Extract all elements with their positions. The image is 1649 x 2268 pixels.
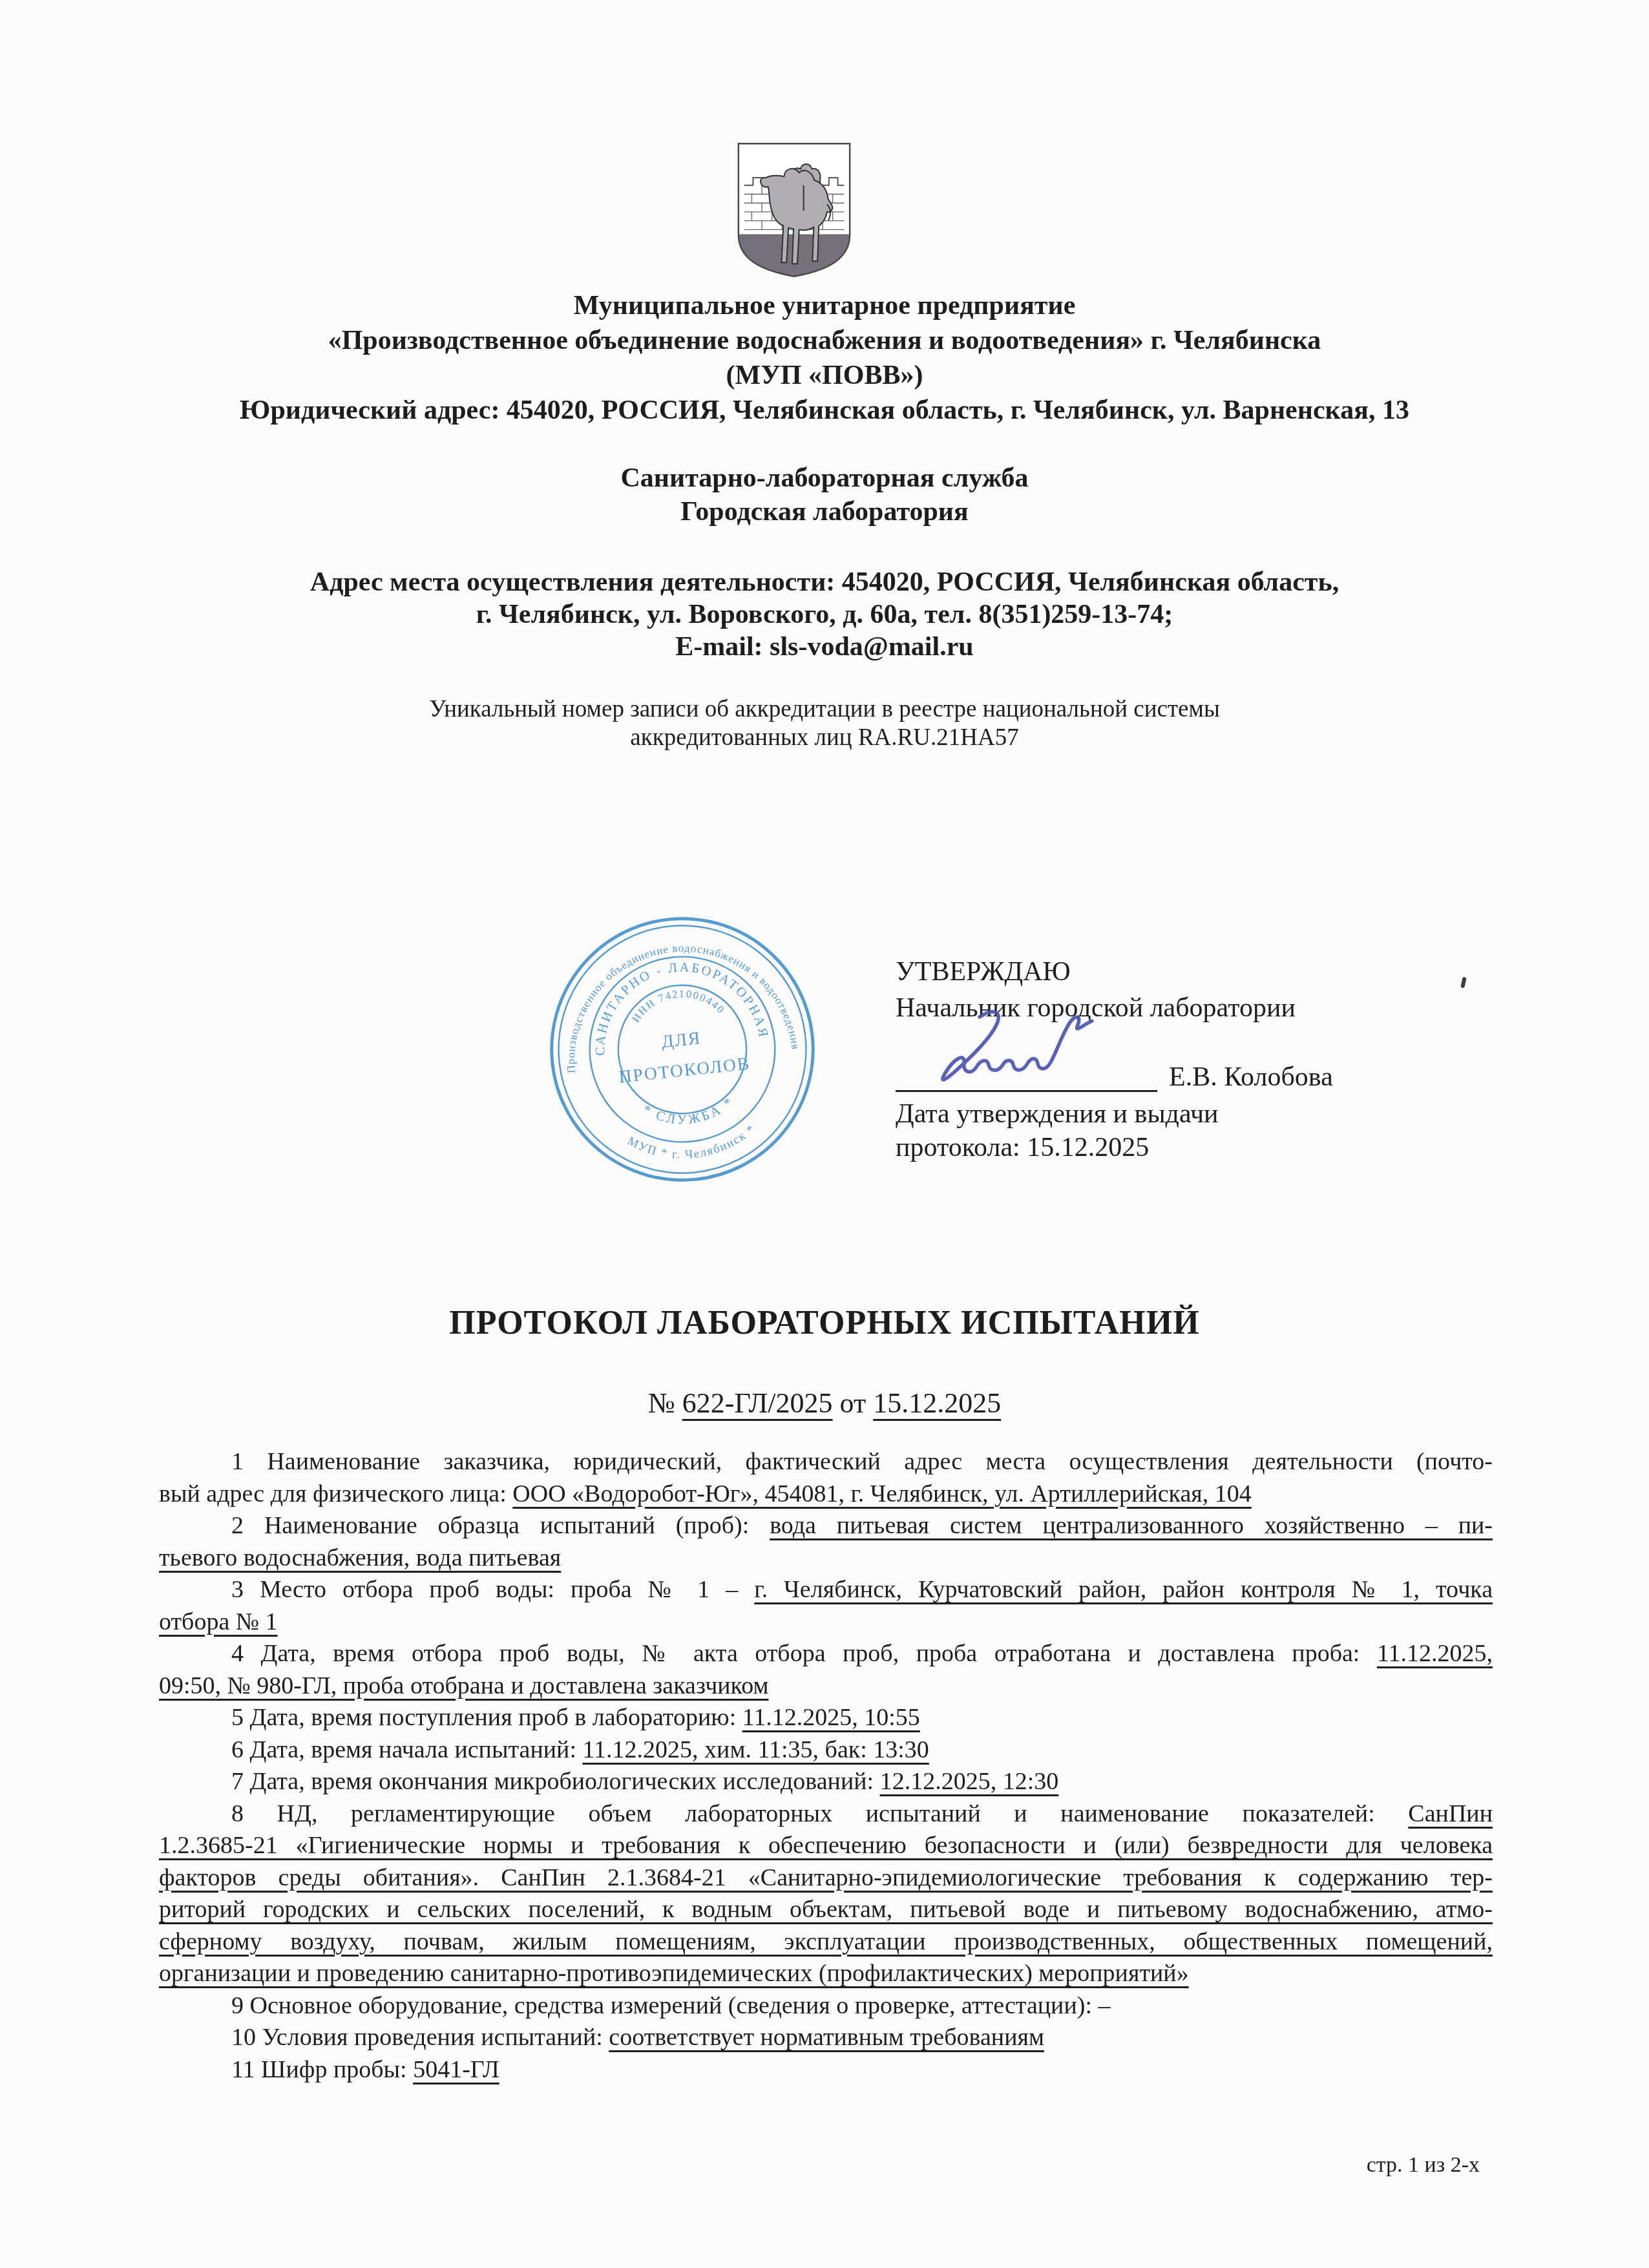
item-label-text: 4 Дата, время отбора проб воды, № акта о… bbox=[231, 1640, 1377, 1667]
protocol-item-line: факторов среды обитания». СанПин 2.1.368… bbox=[159, 1862, 1493, 1895]
item-value-underlined: 12.12.2025, 12:30 bbox=[880, 1768, 1059, 1795]
item-value-underlined: факторов среды обитания». СанПин 2.1.368… bbox=[159, 1864, 1493, 1891]
protocol-item-line: риторий городских и сельских поселений, … bbox=[159, 1894, 1493, 1926]
accreditation-line2: аккредитованных лиц RA.RU.21НА57 bbox=[0, 724, 1649, 752]
item-label-text: 2 Наименование образца испытаний (проб): bbox=[231, 1512, 770, 1539]
org-lab: Городская лаборатория bbox=[0, 495, 1649, 529]
item-label-text: 6 Дата, время начала испытаний: bbox=[231, 1736, 582, 1763]
activity-address-block: Адрес места осуществления деятельности: … bbox=[0, 566, 1649, 663]
stamp-inn-text: ИНН 7421000440 bbox=[627, 983, 728, 1026]
protocol-item-line: 09:50, № 980-ГЛ, проба отобрана и достав… bbox=[159, 1670, 1493, 1703]
protocol-item-line: 7 Дата, время окончания микробиологическ… bbox=[159, 1766, 1493, 1798]
protocol-item-line: вый адрес для физического лица: ООО «Вод… bbox=[159, 1478, 1493, 1511]
item-value-underlined: ООО «Водоробот-Юг», 454081, г. Челябинск… bbox=[512, 1480, 1252, 1507]
item-label-text: 7 Дата, время окончания микробиологическ… bbox=[231, 1768, 880, 1795]
protocol-item-line: организации и проведению санитарно-проти… bbox=[159, 1958, 1493, 1990]
protocol-number-line: № 622-ГЛ/2025 от 15.12.2025 bbox=[0, 1387, 1649, 1420]
lab-round-stamp: Производственное объединение водоснабжен… bbox=[543, 910, 822, 1189]
item-label-text: 11 Шифр пробы: bbox=[231, 2056, 413, 2083]
item-value-underlined: 1.2.3685-21 «Гигиенические нормы и требо… bbox=[159, 1832, 1493, 1859]
approval-date-label: Дата утверждения и выдачи bbox=[896, 1098, 1529, 1129]
item-value-underlined: 11.12.2025, bbox=[1377, 1640, 1493, 1667]
item-label-text: 5 Дата, время поступления проб в лаборат… bbox=[231, 1704, 742, 1731]
protocol-items: 1 Наименование заказчика, юридический, ф… bbox=[159, 1446, 1493, 2086]
approval-date-value: протокола: 15.12.2025 bbox=[896, 1132, 1529, 1163]
stamp-center-line2: ПРОТОКОЛОВ bbox=[618, 1053, 751, 1086]
activity-address-line2: г. Челябинск, ул. Воровского, д. 60а, те… bbox=[0, 598, 1649, 631]
stamp-center-line1: ДЛЯ bbox=[660, 1028, 702, 1051]
item-value-underlined: вода питьевая систем централизованного х… bbox=[770, 1512, 1493, 1539]
org-header-block: Муниципальное унитарное предприятие «Про… bbox=[0, 288, 1649, 428]
protocol-item-line: 3 Место отбора проб воды: проба № 1 – г.… bbox=[159, 1574, 1493, 1606]
org-service: Санитарно-лабораторная служба bbox=[0, 461, 1649, 495]
item-label-text: 9 Основное оборудование, средства измере… bbox=[231, 1992, 1111, 2019]
protocol-from-word: от bbox=[833, 1387, 874, 1419]
protocol-item-line: 10 Условия проведения испытаний: соответ… bbox=[159, 2022, 1493, 2054]
item-value-underlined: организации и проведению санитарно-проти… bbox=[159, 1960, 1189, 1987]
protocol-item-line: 4 Дата, время отбора проб воды, № акта о… bbox=[159, 1638, 1493, 1670]
protocol-item-line: 5 Дата, время поступления проб в лаборат… bbox=[159, 1702, 1493, 1734]
approve-word: УТВЕРЖДАЮ bbox=[896, 956, 1529, 987]
item-value-underlined: 09:50, № 980-ГЛ, проба отобрана и достав… bbox=[159, 1672, 768, 1699]
protocol-item-line: 11 Шифр пробы: 5041-ГЛ bbox=[159, 2054, 1493, 2086]
service-block: Санитарно-лабораторная служба Городская … bbox=[0, 461, 1649, 529]
protocol-item-line: 1 Наименование заказчика, юридический, ф… bbox=[159, 1446, 1493, 1478]
approver-name: Е.В. Колобова bbox=[1169, 1062, 1333, 1092]
protocol-item-line: 6 Дата, время начала испытаний: 11.12.20… bbox=[159, 1734, 1493, 1767]
protocol-item-line: 1.2.3685-21 «Гигиенические нормы и требо… bbox=[159, 1830, 1493, 1862]
protocol-item-line: тьевого водоснабжения, вода питьевая bbox=[159, 1542, 1493, 1575]
protocol-number: 622-ГЛ/2025 bbox=[682, 1387, 833, 1419]
protocol-item-line: 2 Наименование образца испытаний (проб):… bbox=[159, 1510, 1493, 1542]
item-label-text: 1 Наименование заказчика, юридический, ф… bbox=[231, 1448, 1493, 1475]
protocol-item-line: 8 НД, регламентирующие объем лабораторны… bbox=[159, 1798, 1493, 1831]
accreditation-line1: Уникальный номер записи об аккредитации … bbox=[0, 695, 1649, 724]
item-label-text: 8 НД, регламентирующие объем лабораторны… bbox=[231, 1800, 1408, 1827]
stamp-outer-bottom-text: МУП * г. Челябинск * bbox=[624, 1121, 761, 1168]
item-label-text: 10 Условия проведения испытаний: bbox=[231, 2024, 609, 2051]
org-type: Муниципальное унитарное предприятие bbox=[0, 288, 1649, 323]
protocol-date: 15.12.2025 bbox=[873, 1387, 1001, 1419]
document-page: Муниципальное унитарное предприятие «Про… bbox=[0, 0, 1649, 2268]
signature-line bbox=[896, 1063, 1157, 1092]
protocol-item-line: сферному воздуху, почвам, жилым помещени… bbox=[159, 1926, 1493, 1958]
signature-row: Е.В. Колобова bbox=[896, 1062, 1333, 1092]
chelyabinsk-coat-of-arms-icon bbox=[734, 138, 854, 282]
org-name: «Производственное объединение водоснабже… bbox=[0, 323, 1649, 358]
item-value-underlined: 11.12.2025, хим. 11:35, бак: 13:30 bbox=[582, 1736, 929, 1763]
page-footer: стр. 1 из 2-х bbox=[1367, 2153, 1480, 2178]
item-value-underlined: риторий городских и сельских поселений, … bbox=[159, 1896, 1493, 1923]
protocol-item-line: 9 Основное оборудование, средства измере… bbox=[159, 1990, 1493, 2022]
protocol-title: ПРОТОКОЛ ЛАБОРАТОРНЫХ ИСПЫТАНИЙ bbox=[0, 1304, 1649, 1342]
activity-address-line1: Адрес места осуществления деятельности: … bbox=[0, 566, 1649, 598]
item-value-underlined: сферному воздуху, почвам, жилым помещени… bbox=[159, 1928, 1493, 1955]
item-label-text: 3 Место отбора проб воды: проба № 1 – bbox=[231, 1576, 754, 1603]
item-value-underlined: отбора № 1 bbox=[159, 1608, 278, 1635]
svg-text:МУП * г. Челябинск *: МУП * г. Челябинск * bbox=[624, 1121, 761, 1168]
item-value-underlined: 11.12.2025, 10:55 bbox=[742, 1704, 920, 1731]
item-value-underlined: г. Челябинск, Курчатовский район, район … bbox=[754, 1576, 1493, 1603]
email-line: E-mail: sls-voda@mail.ru bbox=[0, 631, 1649, 663]
protocol-item-line: отбора № 1 bbox=[159, 1606, 1493, 1639]
item-value-underlined: тьевого водоснабжения, вода питьевая bbox=[159, 1544, 561, 1571]
accreditation-block: Уникальный номер записи об аккредитации … bbox=[0, 695, 1649, 752]
item-label-text: вый адрес для физического лица: bbox=[159, 1480, 512, 1507]
item-value-underlined: СанПин bbox=[1408, 1800, 1493, 1827]
protocol-number-prefix: № bbox=[648, 1387, 682, 1419]
org-abbr: (МУП «ПОВВ») bbox=[0, 358, 1649, 393]
item-value-underlined: соответствует нормативным требованиям bbox=[609, 2024, 1044, 2051]
org-legal-address: Юридический адрес: 454020, РОССИЯ, Челяб… bbox=[0, 393, 1649, 428]
svg-text:ИНН 7421000440: ИНН 7421000440 bbox=[627, 983, 728, 1026]
item-value-underlined: 5041-ГЛ bbox=[413, 2056, 499, 2083]
